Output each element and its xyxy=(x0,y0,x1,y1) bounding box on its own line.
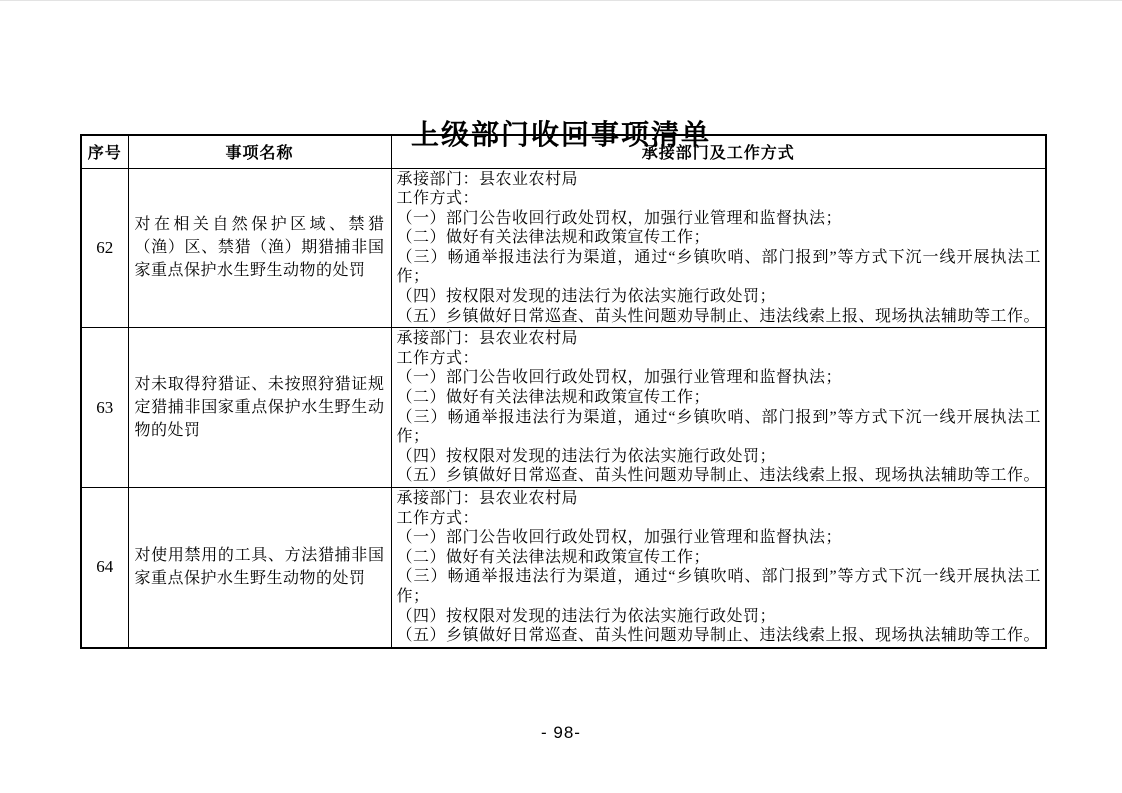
table-row: 64 对使用禁用的工具、方法猎捕非国家重点保护水生野生动物的处罚 承接部门：县农… xyxy=(81,488,1046,648)
method-item: （五）乡镇做好日常巡查、苗头性问题劝导制止、违法线索上报、现场执法辅助等工作。 xyxy=(397,626,1042,646)
items-table: 序号 事项名称 承接部门及工作方式 62 对在相关自然保护区域、禁猎（渔）区、禁… xyxy=(80,134,1047,649)
method-item: （四）按权限对发现的违法行为依法实施行政处罚； xyxy=(397,447,1042,467)
table-header-row: 序号 事项名称 承接部门及工作方式 xyxy=(81,135,1046,168)
department-line: 承接部门：县农业农村局 xyxy=(397,170,1042,190)
method-item: （五）乡镇做好日常巡查、苗头性问题劝导制止、违法线索上报、现场执法辅助等工作。 xyxy=(397,466,1042,486)
row-number: 62 xyxy=(81,168,128,328)
method-item: （二）做好有关法律法规和政策宣传工作； xyxy=(397,228,1042,248)
header-name: 事项名称 xyxy=(128,135,391,168)
department-line: 承接部门：县农业农村局 xyxy=(397,489,1042,509)
header-no: 序号 xyxy=(81,135,128,168)
row-number: 63 xyxy=(81,328,128,488)
table-row: 63 对未取得狩猎证、未按照狩猎证规定猎捕非国家重点保护水生野生动物的处罚 承接… xyxy=(81,328,1046,488)
method-item: （三）畅通举报违法行为渠道，通过“乡镇吹哨、部门报到”等方式下沉一线开展执法工作… xyxy=(397,408,1042,447)
item-method-cell: 承接部门：县农业农村局 工作方式： （一）部门公告收回行政处罚权，加强行业管理和… xyxy=(391,488,1046,648)
method-item: （一）部门公告收回行政处罚权，加强行业管理和监督执法； xyxy=(397,368,1042,388)
item-method-cell: 承接部门：县农业农村局 工作方式： （一）部门公告收回行政处罚权，加强行业管理和… xyxy=(391,328,1046,488)
item-name: 对在相关自然保护区域、禁猎（渔）区、禁猎（渔）期猎捕非国家重点保护水生野生动物的… xyxy=(128,168,391,328)
document-page: { "document": { "title": "上级部门收回事项清单", "… xyxy=(0,0,1122,793)
row-number: 64 xyxy=(81,488,128,648)
method-item: （二）做好有关法律法规和政策宣传工作； xyxy=(397,388,1042,408)
method-item: （五）乡镇做好日常巡查、苗头性问题劝导制止、违法线索上报、现场执法辅助等工作。 xyxy=(397,307,1042,327)
item-method-cell: 承接部门：县农业农村局 工作方式： （一）部门公告收回行政处罚权，加强行业管理和… xyxy=(391,168,1046,328)
department-line: 承接部门：县农业农村局 xyxy=(397,329,1042,349)
method-item: （三）畅通举报违法行为渠道，通过“乡镇吹哨、部门报到”等方式下沉一线开展执法工作… xyxy=(397,567,1042,606)
method-item: （一）部门公告收回行政处罚权，加强行业管理和监督执法； xyxy=(397,209,1042,229)
method-label: 工作方式： xyxy=(397,509,1042,529)
method-label: 工作方式： xyxy=(397,189,1042,209)
table-row: 62 对在相关自然保护区域、禁猎（渔）区、禁猎（渔）期猎捕非国家重点保护水生野生… xyxy=(81,168,1046,328)
method-item: （二）做好有关法律法规和政策宣传工作； xyxy=(397,548,1042,568)
method-item: （四）按权限对发现的违法行为依法实施行政处罚； xyxy=(397,607,1042,627)
item-name: 对使用禁用的工具、方法猎捕非国家重点保护水生野生动物的处罚 xyxy=(128,488,391,648)
page-number: - 98- xyxy=(0,723,1122,743)
header-method: 承接部门及工作方式 xyxy=(391,135,1046,168)
method-item: （四）按权限对发现的违法行为依法实施行政处罚； xyxy=(397,287,1042,307)
method-item: （一）部门公告收回行政处罚权，加强行业管理和监督执法； xyxy=(397,528,1042,548)
method-item: （三）畅通举报违法行为渠道，通过“乡镇吹哨、部门报到”等方式下沉一线开展执法工作… xyxy=(397,248,1042,287)
method-label: 工作方式： xyxy=(397,349,1042,369)
item-name: 对未取得狩猎证、未按照狩猎证规定猎捕非国家重点保护水生野生动物的处罚 xyxy=(128,328,391,488)
